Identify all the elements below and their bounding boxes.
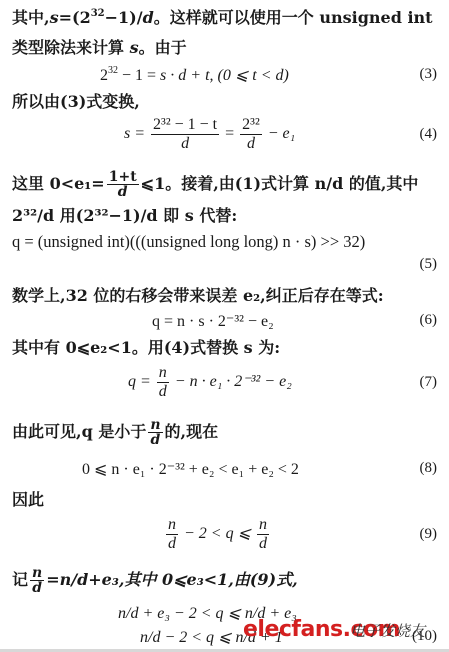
- text-line-3: 所以由(3)式变换,: [12, 92, 441, 112]
- equation-4: s = 2³² − 1 − td = 2³²d − e₁: [124, 116, 295, 153]
- text-line-6: 数学上,32 位的右移会带来误差 e₂,纠正后存在等式:: [12, 286, 441, 306]
- equation-number-5: (5): [420, 256, 438, 273]
- text-line-7: 其中有 0⩽e₂<1。用(4)式替换 s 为:: [12, 338, 441, 358]
- equation-number-4: (4): [420, 126, 438, 143]
- equation-8: 0 ⩽ n · e₁ · 2⁻³² + e₂ < e₁ + e₂ < 2: [82, 460, 299, 480]
- text-line-4: 这里 0<e₁=1+td⩽1。接着,由(1)式计算 n/d 的值,其中: [12, 170, 441, 199]
- equation-9: nd − 2 < q ⩽ nd: [164, 516, 271, 553]
- equation-5: q = (unsigned int)(((unsigned long long)…: [12, 232, 365, 252]
- equation-number-7: (7): [420, 374, 438, 391]
- equation-number-8: (8): [420, 460, 438, 477]
- equation-number-9: (9): [420, 526, 438, 543]
- text-line-2: 类型除法来计算 s。由于: [12, 38, 441, 58]
- text-line-5: 2³²/d 用(2³²−1)/d 即 s 代替:: [12, 206, 441, 226]
- equation-number-3: (3): [420, 66, 438, 83]
- watermark-chinese: 电子发烧友: [350, 620, 425, 641]
- equation-7: q = nd − n · e₁ · 2⁻³² − e₂: [128, 364, 292, 401]
- text-line-8: 由此可见,q 是小于nd的,现在: [12, 418, 441, 447]
- text-line-1: 其中,s=(232−1)/d。这样就可以使用一个 unsigned int: [12, 8, 441, 28]
- text-line-9: 因此: [12, 490, 441, 510]
- document-page: 其中,s=(232−1)/d。这样就可以使用一个 unsigned int 类型…: [0, 0, 449, 652]
- equation-number-6: (6): [420, 312, 438, 329]
- equation-3: 232 − 1 = s · d + t, (0 ⩽ t < d): [100, 66, 289, 86]
- text-line-10: 记nd=n/d+e₃,其中 0⩽e₃<1,由(9)式,: [12, 566, 441, 595]
- equation-6: q = n · s · 2⁻³² − e₂: [152, 312, 274, 332]
